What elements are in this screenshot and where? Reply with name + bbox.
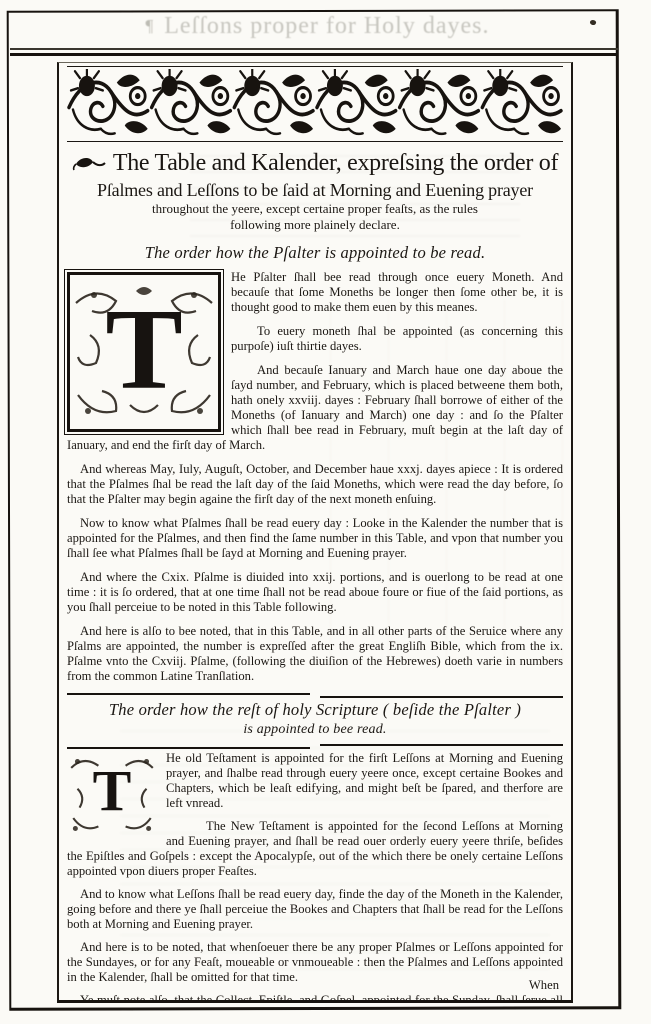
heading-underline-rule [67,744,563,746]
section1-heading: The order how the Pſalter is appointed t… [67,243,563,262]
section1-body: T He Pſalter ſhall bee read through once… [67,270,563,684]
dropcap-letter: T [67,753,157,835]
section2-heading-line2: is appointed to bee read. [67,720,563,739]
section2-heading-line1: The order how the reſt of holy Scripture… [67,700,563,719]
paragraph: And here is alſo to bee noted, that in t… [67,624,563,684]
section2-body: T He old Teſtament is appointed for the … [67,751,563,1003]
scanned-book-page: ¶Leſſons proper for Holy dayes. [0,0,651,1024]
text-block: The Table and Kalender, expreſsing the o… [57,62,573,1003]
title-line-4: following more plainely declare. [67,217,563,233]
header-rule-thin [10,48,618,50]
woodcut-initial-T-large: T [67,272,221,432]
floral-woodcut-band [67,66,563,142]
title-line-2: Pſalmes and Leſſons to be ſaid at Mornin… [67,179,563,201]
hedera-leaf-icon [72,150,106,179]
thistle-rose-vine-icon [67,69,563,139]
woodcut-initial-T-small: T [67,753,157,835]
catchword: When [529,978,559,993]
paragraph: And whereas May, Iuly, Auguſt, October, … [67,462,563,507]
title-line-3: throughout the yeere, except certaine pr… [67,201,563,217]
paragraph: And to know what Leſſons ſhall be read e… [67,887,563,932]
section-divider-rule [67,693,563,695]
paragraph: Ye muſt note alſo, that the Collect, Epi… [67,993,563,1003]
paragraph: Now to know what Pſalmes ſhall be read e… [67,516,563,561]
title-line-1: The Table and Kalender, expreſsing the o… [67,149,563,179]
dropcap-letter: T [70,275,218,429]
paragraph: And where the Cxix. Pſalme is diuided in… [67,570,563,615]
header-rule-thick [10,53,618,56]
title-block: The Table and Kalender, expreſsing the o… [67,149,563,233]
paragraph: And here is to be noted, that whenſoeuer… [67,940,563,985]
